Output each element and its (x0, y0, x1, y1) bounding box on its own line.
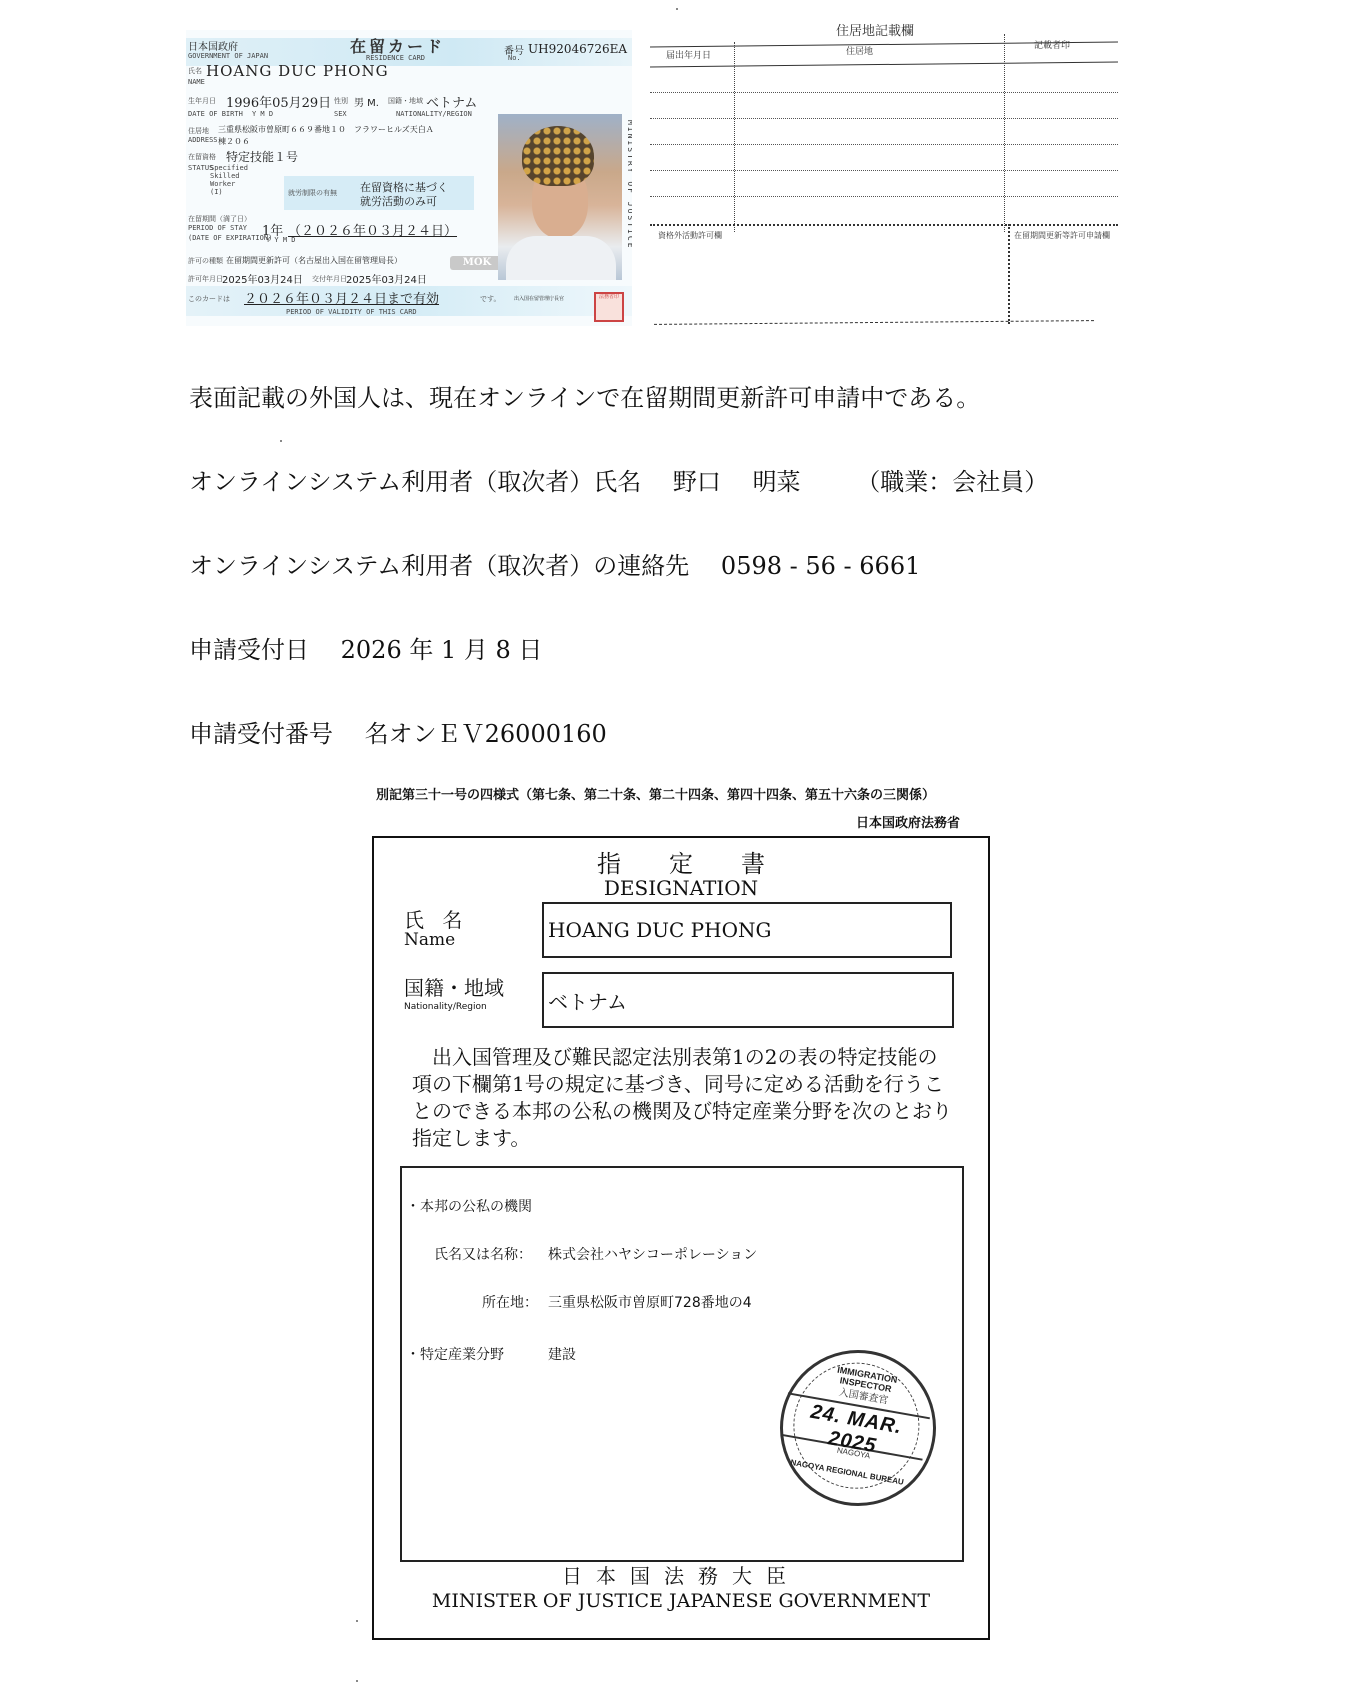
org-address-label: 所在地： (482, 1292, 538, 1312)
permit-date-label: 許可年月日 (188, 274, 223, 284)
receipt-number-label: 申請受付番号 (189, 720, 333, 748)
mok-hologram: MOK (450, 256, 504, 270)
status-label: 在留資格 (188, 152, 216, 162)
period-label-en2: (DATE OF EXPIRATION) (188, 234, 272, 242)
name-label-en: NAME (188, 78, 205, 86)
section-rule (650, 224, 1118, 226)
dob-value: 1996年05月29日 (226, 92, 331, 111)
sex-value: 男 M. (354, 94, 379, 109)
address-label-en: ADDRESS (188, 136, 218, 144)
work-restriction-line2: 就労活動のみ可 (360, 193, 437, 209)
org-name-label: 氏名又は名称： (434, 1244, 532, 1264)
designation-title-jp: 指 定 書 (374, 844, 988, 879)
card-number: UH92046726EA (528, 42, 627, 56)
holder-photo (498, 114, 622, 280)
permit-type: 在留期間更新許可（名古屋出入国在留管理局長） (226, 255, 402, 266)
issue-date: 2025年03月24日 (346, 271, 427, 286)
agent-name-label: オンラインシステム利用者（取次者）氏名 (189, 468, 641, 496)
dob-label: 生年月日 (188, 96, 216, 106)
agent-given-name: 明菜 (753, 468, 801, 496)
official-seal: 法務省印 (594, 292, 624, 322)
notice-line-2: オンラインシステム利用者（取次者）氏名 野口 明菜 （職業：会社員） (189, 462, 1048, 497)
minister-title-jp: 日本国法務大臣 (374, 1560, 988, 1589)
period-units: Y Y M D (266, 236, 296, 244)
agent-occupation: （職業：会社員） (856, 468, 1048, 496)
scan-speck (356, 1680, 358, 1682)
status-value-en: Specified Skilled Worker (I) (210, 164, 250, 196)
designated-organization-box: ・本邦の公私の機関 氏名又は名称： 株式会社ハヤシコーポレーション 所在地： 三… (400, 1166, 964, 1562)
shirt (506, 236, 616, 280)
dob-units: Y M D (252, 110, 273, 118)
validity-date: ２０２６年０３月２４日まで有効 (244, 288, 439, 307)
address-label: 住居地 (188, 126, 209, 136)
notice-line-3: オンラインシステム利用者（取次者）の連絡先 0598 - 56 - 6661 (189, 546, 920, 581)
expiration-date: （２０２６年０３月２４日） (288, 220, 457, 239)
permit-type-label: 許可の種類 (188, 256, 223, 266)
address-line1: 三重県松阪市曽原町６６９番地１０ フラワーヒルズ天白Ａ (218, 124, 434, 135)
immigration-date-stamp: IMMIGRATION INSPECTOR 入国審査官 24. MAR. 202… (768, 1338, 949, 1519)
agent-surname: 野口 (673, 468, 721, 496)
received-date-label: 申請受付日 (189, 636, 309, 664)
name-value: HOANG DUC PHONG (548, 918, 771, 942)
validity-prefix: このカードは (188, 294, 230, 304)
nationality-value: ベトナム (426, 92, 477, 111)
row-rule (650, 170, 1118, 171)
row-rule (650, 196, 1118, 197)
designation-form: 指 定 書 DESIGNATION 氏 名 Name HOANG DUC PHO… (372, 836, 990, 1640)
validity-label-en: PERIOD OF VALIDITY OF THIS CARD (286, 308, 417, 316)
form-reference: 別記第三十一号の四様式（第七条、第二十条、第二十四条、第四十四条、第五十六条の三… (376, 784, 935, 803)
notice-line-4: 申請受付日 2026 年 1 月 8 日 (189, 630, 542, 665)
agent-contact-label: オンラインシステム利用者（取次者）の連絡先 (189, 552, 689, 580)
address-line2: 棟２０６ (218, 136, 250, 147)
dob-label-en: DATE OF BIRTH (188, 110, 243, 118)
designation-title-en: DESIGNATION (374, 876, 988, 900)
residence-card-front: 日本国政府 GOVERNMENT OF JAPAN 在留カード RESIDENC… (186, 30, 632, 326)
status-value: 特定技能１号 (226, 148, 298, 165)
receipt-number: 名オンＥＶ26000160 (365, 720, 607, 748)
industry-field-heading: ・特定産業分野 (406, 1344, 504, 1364)
column-date: 届出年月日 (666, 48, 711, 61)
card-title-en: RESIDENCE CARD (366, 54, 425, 62)
period-label: 在留期間（満了日） (188, 214, 251, 224)
work-restriction-label: 就労制限の有無 (288, 188, 337, 198)
nationality-label: 国籍・地域 (388, 96, 423, 106)
scan-speck (280, 440, 282, 442)
issue-date-label: 交付年月日 (312, 274, 347, 284)
issuer-jp: 日本国政府 (188, 38, 238, 53)
extra-activity-label: 資格外活動許可欄 (658, 230, 722, 241)
column-address: 住居地 (846, 44, 873, 57)
row-rule (650, 144, 1118, 145)
column-divider (734, 42, 735, 232)
org-address: 三重県松阪市曽原町728番地の4 (548, 1292, 752, 1312)
name-label: 氏名 (188, 66, 202, 76)
header-bottom-rule (650, 62, 1118, 68)
nationality-value: ベトナム (548, 986, 627, 1015)
nationality-field: ベトナム (542, 972, 954, 1028)
designation-paragraph: 出入国管理及び難民認定法別表第1の2の表の特定技能の項の下欄第1号の規定に基づき… (412, 1044, 952, 1152)
permit-date: 2025年03月24日 (222, 271, 303, 286)
renewal-application-label: 在留期間更新等許可申請欄 (1014, 230, 1110, 241)
scan-speck (356, 1620, 358, 1622)
card-number-label-en: No. (508, 54, 521, 62)
nationality-label-en: Nationality/Region (404, 1002, 487, 1012)
column-recorder-seal: 記載者印 (1034, 38, 1070, 51)
vertical-ministry-text: MINISTRY OF JUSTICE (626, 120, 632, 250)
notice-statement: 表面記載の外国人は、現在オンラインで在留期間更新許可申請中である。 (189, 384, 980, 412)
validity-suffix: です。 (480, 294, 500, 304)
hologram-pattern (522, 126, 594, 186)
nationality-label-jp: 国籍・地域 (404, 972, 504, 1001)
row-rule (650, 118, 1118, 119)
card-bottom-edge (654, 320, 1094, 325)
org-heading: ・本邦の公私の機関 (406, 1196, 532, 1216)
notice-line-5: 申請受付番号 名オンＥＶ26000160 (189, 714, 607, 749)
work-restriction-box: 就労制限の有無 在留資格に基づく 就労活動のみ可 (284, 176, 474, 210)
name-label-en: Name (404, 930, 455, 950)
received-date: 2026 年 1 月 8 日 (341, 636, 543, 664)
industry-field-value: 建設 (548, 1344, 576, 1364)
minister-title-en: MINISTER OF JUSTICE JAPANESE GOVERNMENT (374, 1590, 988, 1612)
residence-card-back: 住居地記載欄 届出年月日 住居地 記載者印 資格外活動許可欄 在留期間更新等許可… (650, 18, 1120, 318)
sex-label-en: SEX (334, 110, 347, 118)
scan-speck (676, 8, 678, 10)
sex-label: 性別 (334, 96, 348, 106)
authority-small: 出入国在留管理庁長官 (514, 295, 564, 302)
holder-name: HOANG DUC PHONG (206, 62, 389, 80)
issuer-en: GOVERNMENT OF JAPAN (188, 52, 268, 60)
name-field: HOANG DUC PHONG (542, 902, 952, 958)
name-label-jp: 氏 名 (404, 904, 468, 933)
row-rule (650, 92, 1118, 93)
section-divider (1008, 224, 1010, 324)
notice-line-1: 表面記載の外国人は、現在オンラインで在留期間更新許可申請中である。 (189, 378, 980, 413)
agent-phone: 0598 - 56 - 6661 (721, 552, 920, 580)
period-label-en1: PERIOD OF STAY (188, 224, 247, 232)
ministry-label: 日本国政府法務省 (856, 812, 960, 831)
nationality-label-en: NATIONALITY/REGION (396, 110, 472, 118)
org-name: 株式会社ハヤシコーポレーション (548, 1244, 757, 1264)
address-record-title: 住居地記載欄 (836, 20, 914, 39)
column-divider (1004, 34, 1005, 232)
